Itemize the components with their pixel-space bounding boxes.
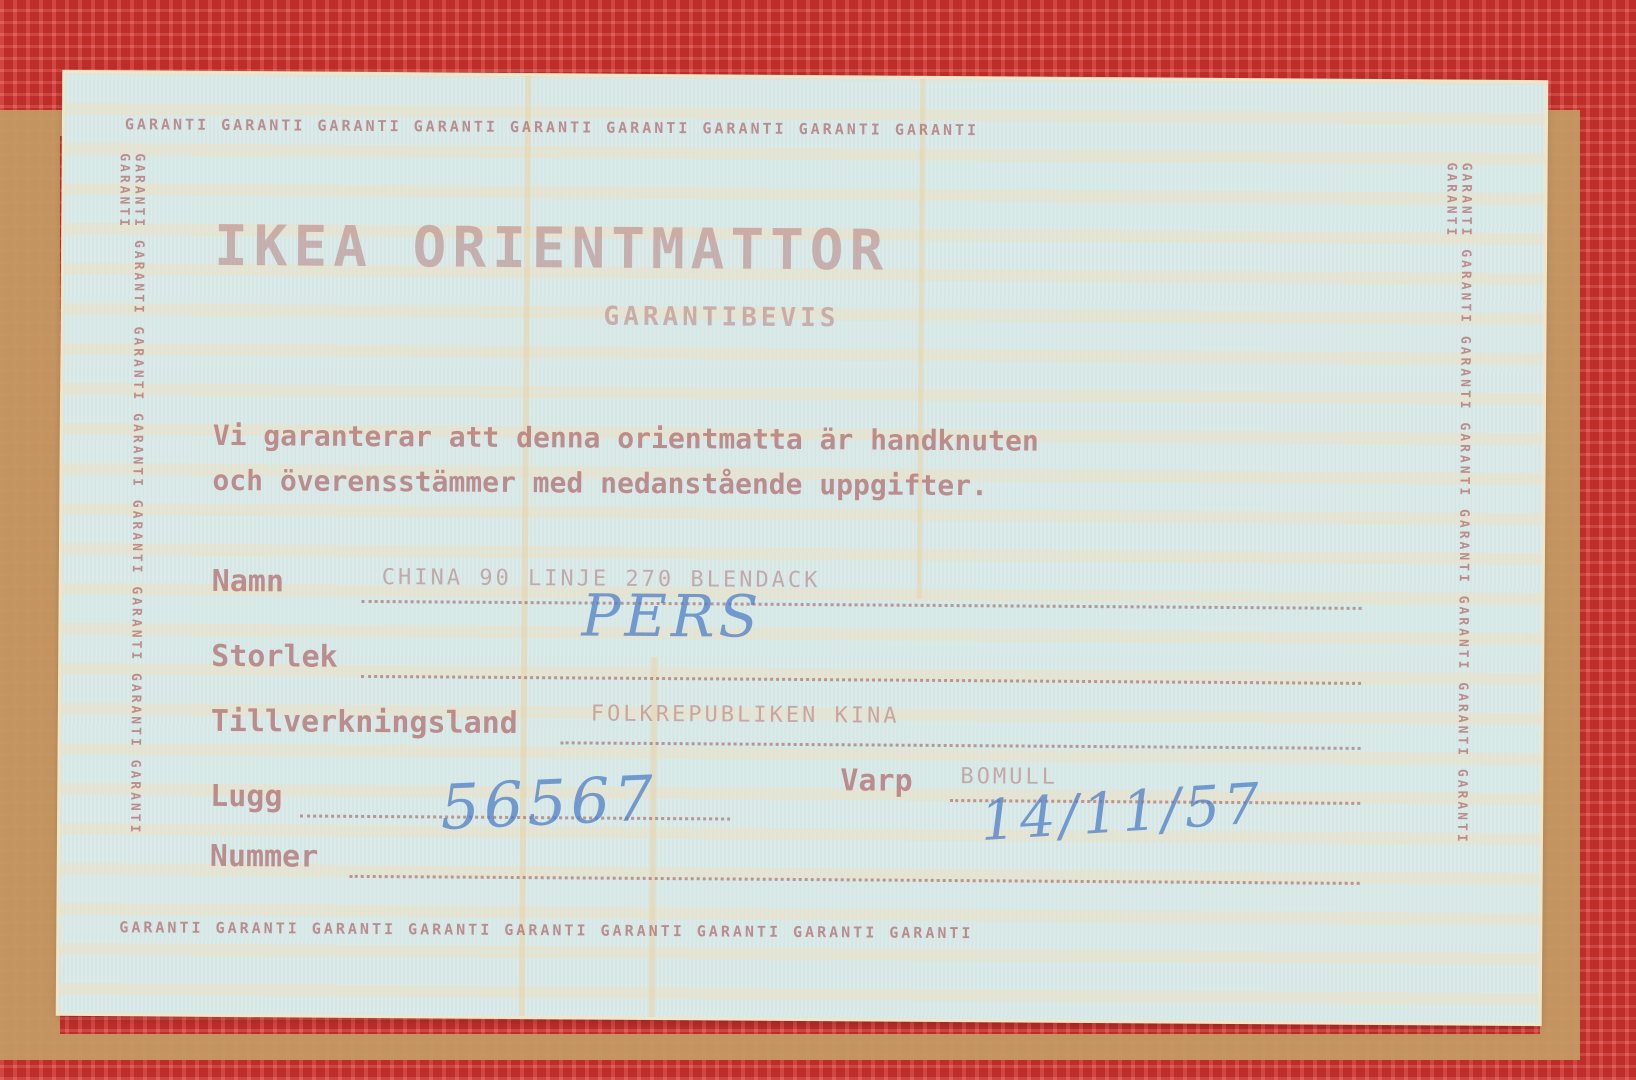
handwritten-number: 56567 (439, 761, 659, 844)
field-dots (362, 600, 1362, 610)
guarantee-label: GARANTI GARANTI GARANTI GARANTI GARANTI … (59, 73, 1546, 1023)
field-label-varp: Varp (840, 763, 912, 799)
field-dots (350, 875, 1360, 885)
border-text-right: GARANTI GARANTI GARANTI GARANTI GARANTI … (1454, 163, 1473, 923)
statement-line-1: Vi garanterar att denna orientmatta är h… (213, 419, 1039, 458)
field-dots (361, 675, 1361, 685)
field-value-tillverkningsland: FOLKREPUBLIKEN KINA (591, 702, 900, 729)
field-label-nummer: Nummer (210, 839, 319, 875)
label-subtitle: GARANTIBEVIS (604, 302, 840, 334)
field-label-namn: Namn (212, 564, 284, 600)
statement-line-2: och överensstämmer med nedanstående uppg… (212, 464, 988, 502)
handwritten-storlek: PERS (581, 581, 762, 650)
border-text-top: GARANTI GARANTI GARANTI GARANTI GARANTI … (125, 115, 1485, 142)
field-label-storlek: Storlek (211, 639, 338, 675)
label-title: IKEA ORIENTMATTOR (214, 214, 890, 284)
field-label-lugg: Lugg (210, 779, 282, 815)
border-text-bottom: GARANTI GARANTI GARANTI GARANTI GARANTI … (119, 918, 1479, 945)
border-text-left: GARANTI GARANTI GARANTI GARANTI GARANTI … (127, 153, 146, 913)
field-label-tillverkningsland: Tillverkningsland (211, 704, 518, 741)
field-dots (561, 741, 1361, 750)
label-crease (917, 79, 926, 599)
